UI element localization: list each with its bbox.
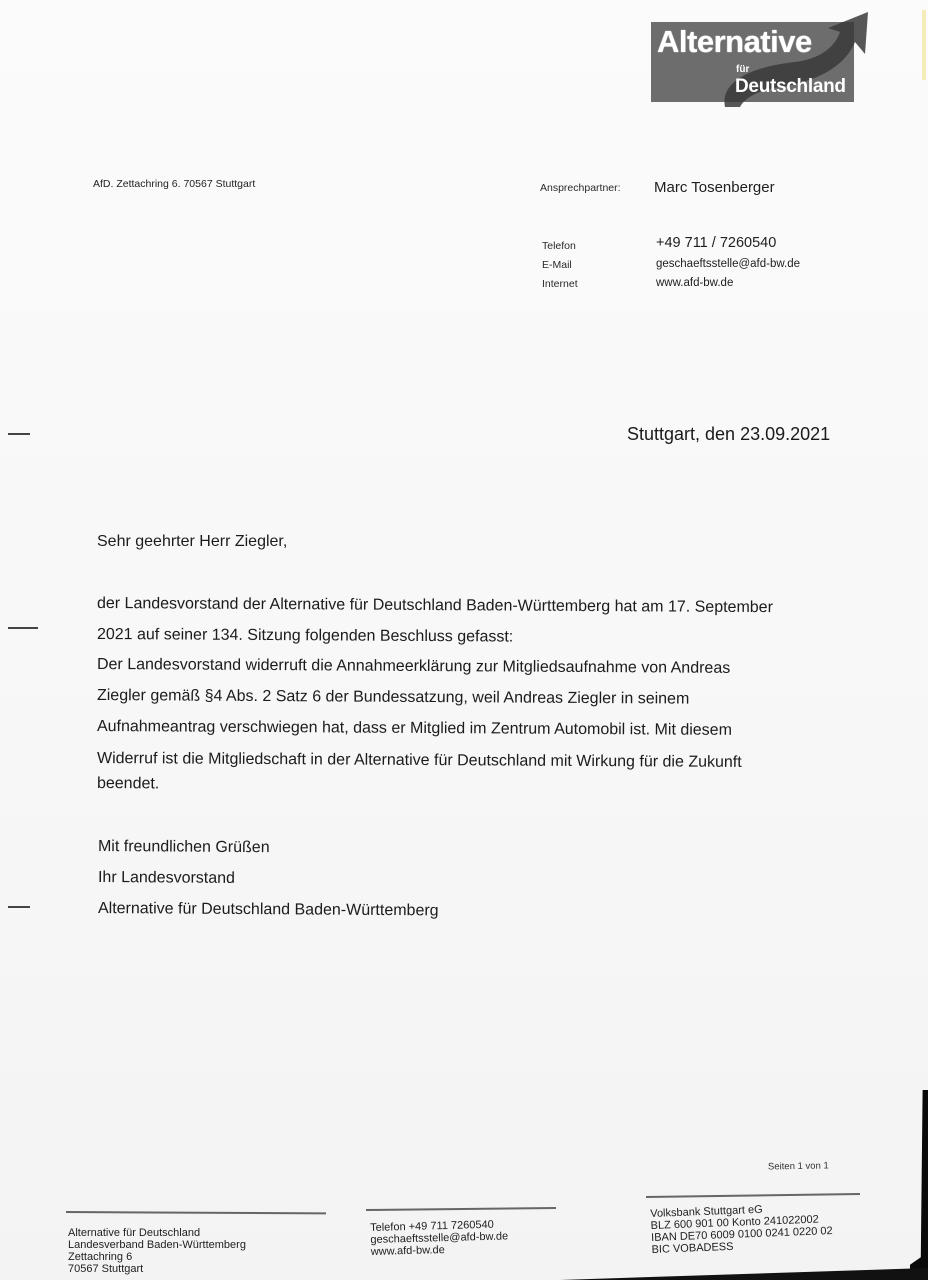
fold-mark: [8, 433, 30, 435]
web-link[interactable]: www.afd-bw.de: [656, 277, 733, 289]
contact-person-label: Ansprechpartner:: [540, 182, 621, 194]
fold-mark: [8, 627, 38, 629]
logo-subtitle: Deutschland: [735, 76, 846, 98]
footer-address-line: Landesverband Baden-Württemberg: [68, 1239, 246, 1251]
footer-address-line: Zettachring 6: [68, 1251, 246, 1263]
salutation: Sehr geehrter Herr Ziegler,: [97, 533, 287, 551]
paper-edge-highlight: [922, 10, 926, 80]
closing-signatory: Ihr Landesvorstand: [98, 869, 235, 888]
body-line: Widerruf ist die Mitgliedschaft in der A…: [97, 750, 742, 772]
body-line: 2021 auf seiner 134. Sitzung folgenden B…: [97, 626, 513, 647]
logo-title: Alternative: [657, 24, 812, 60]
footer-contact: Telefon +49 711 7260540 geschaeftsstelle…: [370, 1218, 509, 1258]
logo-fuer: für: [736, 64, 749, 75]
email-link[interactable]: geschaeftsstelle@afd-bw.de: [656, 258, 800, 270]
footer-divider: [366, 1207, 556, 1210]
sender-return-address: AfD. Zettachring 6. 70567 Stuttgart: [93, 178, 255, 190]
fold-mark: [8, 906, 30, 908]
footer-web[interactable]: www.afd-bw.de: [371, 1242, 509, 1258]
closing-organization: Alternative für Deutschland Baden-Württe…: [98, 900, 439, 920]
footer-bank: Volksbank Stuttgart eG BLZ 600 901 00 Ko…: [650, 1201, 833, 1256]
page-count: Seiten 1 von 1: [768, 1160, 829, 1172]
contact-person-name: Marc Tosenberger: [654, 179, 775, 196]
body-line: Ziegler gemäß §4 Abs. 2 Satz 6 der Bunde…: [97, 687, 689, 709]
closing-greeting: Mit freundlichen Grüßen: [98, 838, 270, 857]
footer-address-line: 70567 Stuttgart: [68, 1263, 246, 1275]
body-line: der Landesvorstand der Alternative für D…: [97, 595, 773, 617]
scan-shadow: [560, 1268, 928, 1280]
letter-date: Stuttgart, den 23.09.2021: [627, 424, 830, 445]
footer-divider: [646, 1193, 860, 1197]
phone-value: +49 711 / 7260540: [656, 235, 776, 251]
footer-address: Alternative für Deutschland Landesverban…: [68, 1227, 246, 1275]
footer-address-line: Alternative für Deutschland: [68, 1227, 246, 1239]
body-line: Aufnahmeantrag verschwiegen hat, dass er…: [97, 718, 732, 740]
body-line: beendet.: [97, 775, 159, 793]
body-line: Der Landesvorstand widerruft die Annahme…: [97, 656, 730, 678]
phone-label: Telefon: [542, 240, 576, 252]
letter-page: Alternative für Deutschland AfD. Zettach…: [0, 0, 928, 1280]
email-label: E-Mail: [542, 259, 572, 271]
scan-shadow: [910, 1090, 928, 1280]
web-label: Internet: [542, 278, 578, 290]
footer-divider: [66, 1211, 326, 1214]
